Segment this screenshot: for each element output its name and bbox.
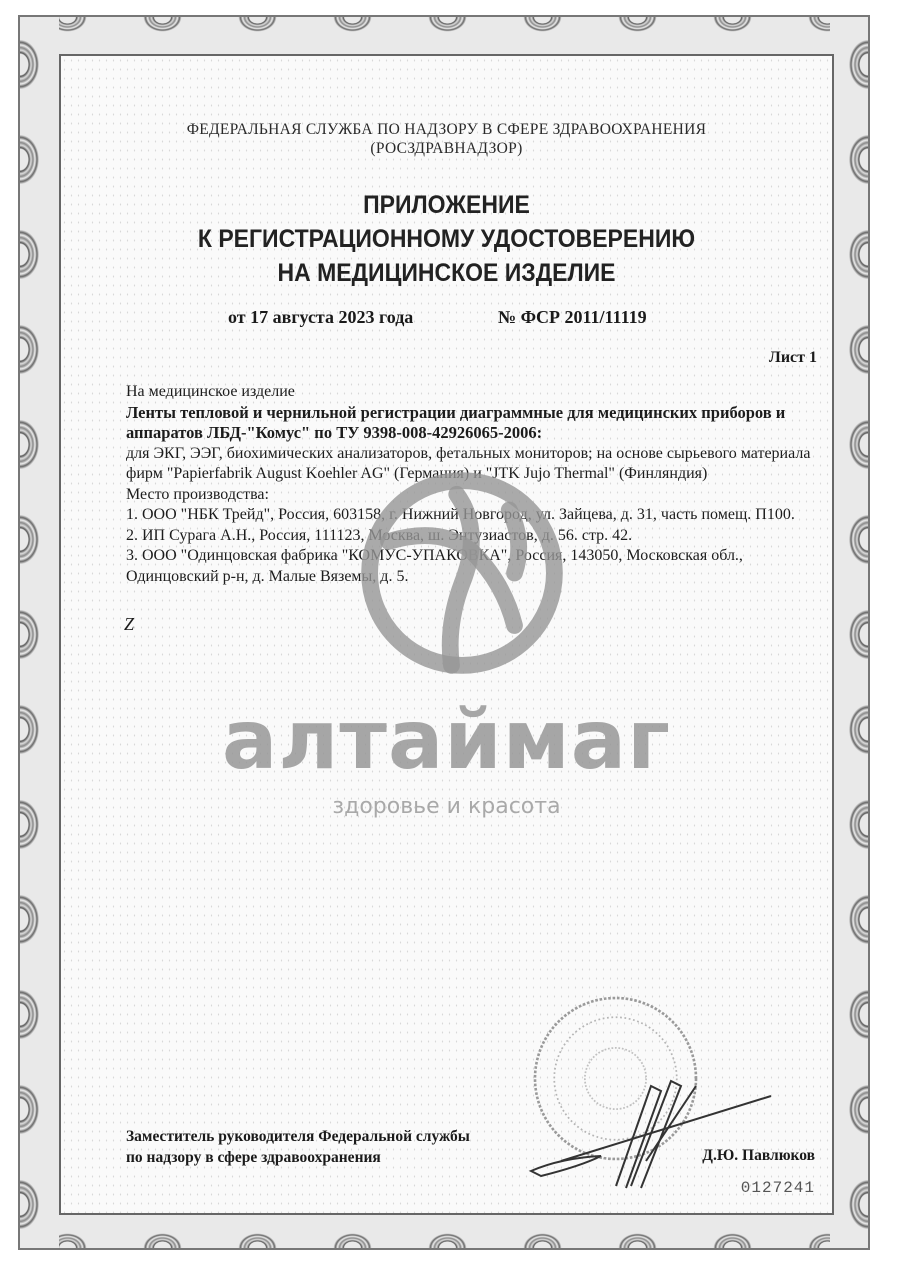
document-title: ПРИЛОЖЕНИЕ (92, 190, 801, 220)
watermark-logo-icon (357, 468, 567, 678)
document-subtitle-1: К РЕГИСТРАЦИОННОМУ УДОСТОВЕРЕНИЮ (92, 224, 801, 254)
intro-text: На медицинское изделие (126, 382, 826, 403)
ornamental-border-left (20, 17, 59, 1248)
signature-icon (521, 1066, 781, 1196)
signatory-role-line1: Заместитель руководителя Федеральной слу… (126, 1126, 470, 1147)
watermark-tagline: здоровье и красота (61, 794, 832, 819)
serial-number: 0127241 (741, 1179, 815, 1197)
sheet-number: Лист 1 (769, 349, 817, 367)
handwritten-mark: Z (124, 614, 134, 635)
ornamental-border-right (830, 17, 868, 1248)
signatory-role-line2: по надзору в сфере здравоохранения (126, 1147, 470, 1168)
document-subtitle-2: НА МЕДИЦИНСКОЕ ИЗДЕЛИЕ (92, 258, 801, 288)
ornamental-border-bottom (20, 1211, 868, 1248)
watermark-brand: алтаймаг (61, 696, 832, 786)
ornamental-border-top (20, 17, 868, 54)
agency-abbreviation: (РОСЗДРАВНАДЗОР) (61, 139, 832, 158)
document-frame: ФЕДЕРАЛЬНАЯ СЛУЖБА ПО НАДЗОРУ В СФЕРЕ ЗД… (18, 15, 870, 1250)
registration-number: № ФСР 2011/11119 (498, 307, 647, 328)
product-name: Ленты тепловой и чернильной регистрации … (126, 403, 826, 444)
signatory-role: Заместитель руководителя Федеральной слу… (126, 1126, 470, 1168)
document-page: ФЕДЕРАЛЬНАЯ СЛУЖБА ПО НАДЗОРУ В СФЕРЕ ЗД… (59, 54, 834, 1215)
registration-date: от 17 августа 2023 года (228, 307, 413, 328)
signatory-name: Д.Ю. Павлюков (702, 1147, 815, 1165)
agency-name: ФЕДЕРАЛЬНАЯ СЛУЖБА ПО НАДЗОРУ В СФЕРЕ ЗД… (61, 120, 832, 139)
